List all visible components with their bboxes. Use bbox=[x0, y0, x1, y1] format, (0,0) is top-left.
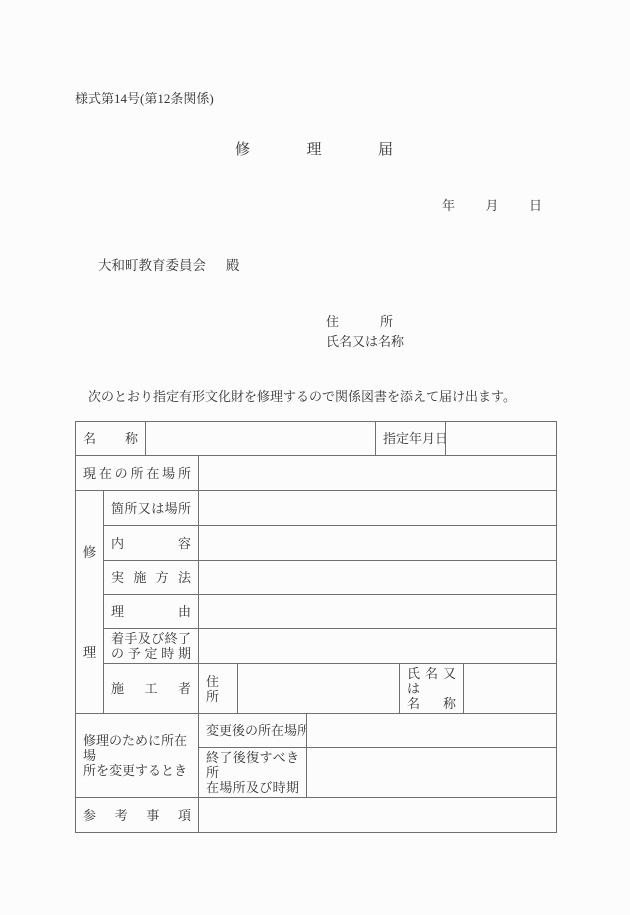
table-row: 修理のために所在場 所を変更するとき 変更後の所在場所 bbox=[76, 714, 557, 748]
designation-date-value-cell bbox=[446, 422, 557, 456]
addressee-honorific: 殿 bbox=[226, 258, 240, 273]
return-location-label: 終了後復すべき所 在場所及び時期 bbox=[199, 748, 307, 798]
table-row: 修 理 箇所又は場所 bbox=[76, 491, 557, 526]
repair-schedule-value-cell bbox=[199, 629, 557, 664]
designation-date-label: 指定年月日 bbox=[376, 422, 446, 456]
contractor-address-value-cell bbox=[238, 664, 400, 714]
repair-content-value-cell bbox=[199, 526, 557, 561]
repair-form-table: 名称 指定年月日 現在の所在場所 修 理 箇所又は場所 内容 実施方法 bbox=[75, 421, 557, 833]
current-location-value-cell bbox=[199, 456, 557, 491]
repair-vertical-char-bottom: 理 bbox=[83, 645, 97, 660]
table-row: 内容 bbox=[76, 526, 557, 561]
contractor-address-label: 住所 bbox=[199, 664, 238, 714]
addressee-name: 大和町教育委員会 bbox=[98, 258, 206, 273]
submitter-name-label: 氏名又は名称 bbox=[326, 331, 404, 350]
repair-reason-label: 理由 bbox=[104, 595, 199, 629]
repair-section-label: 修 理 bbox=[76, 491, 104, 714]
repair-spot-label: 箇所又は場所 bbox=[104, 491, 199, 526]
submitter-address-label: 住所 bbox=[326, 311, 393, 330]
contractor-name-value-cell bbox=[464, 664, 557, 714]
form-number: 様式第14号(第12条関係) bbox=[75, 88, 214, 107]
declaration-text: 次のとおり指定有形文化財を修理するので関係図書を添えて届け出ます。 bbox=[88, 386, 516, 405]
name-value-cell bbox=[146, 422, 376, 456]
table-row: 実施方法 bbox=[76, 561, 557, 595]
repair-content-label: 内容 bbox=[104, 526, 199, 561]
name-label: 名称 bbox=[76, 422, 146, 456]
new-location-value-cell bbox=[307, 714, 557, 748]
remarks-label: 参考事項 bbox=[76, 798, 199, 833]
current-location-label: 現在の所在場所 bbox=[76, 456, 199, 491]
date-line: 年月日 bbox=[442, 195, 542, 214]
form-title: 修理届 bbox=[235, 138, 393, 159]
table-row: 理由 bbox=[76, 595, 557, 629]
contractor-name-label: 氏名又は 名称 bbox=[400, 664, 464, 714]
repair-reason-value-cell bbox=[199, 595, 557, 629]
table-row: 施工者 住所 氏名又は 名称 bbox=[76, 664, 557, 714]
repair-vertical-char-top: 修 bbox=[83, 545, 97, 560]
addressee-line: 大和町教育委員会殿 bbox=[98, 254, 240, 274]
return-location-value-cell bbox=[307, 748, 557, 798]
table-row: 参考事項 bbox=[76, 798, 557, 833]
relocation-label: 修理のために所在場 所を変更するとき bbox=[76, 714, 199, 798]
form-page: 様式第14号(第12条関係) 修理届 年月日 大和町教育委員会殿 住所 氏名又は… bbox=[0, 0, 630, 915]
repair-spot-value-cell bbox=[199, 491, 557, 526]
table-row: 着手及び終了 の予定時期 bbox=[76, 629, 557, 664]
table-row: 現在の所在場所 bbox=[76, 456, 557, 491]
repair-method-label: 実施方法 bbox=[104, 561, 199, 595]
repair-schedule-label: 着手及び終了 の予定時期 bbox=[104, 629, 199, 664]
repair-method-value-cell bbox=[199, 561, 557, 595]
new-location-label: 変更後の所在場所 bbox=[199, 714, 307, 748]
table-row: 名称 指定年月日 bbox=[76, 422, 557, 456]
contractor-label: 施工者 bbox=[104, 664, 199, 714]
repair-vertical-label: 修 理 bbox=[83, 502, 96, 702]
remarks-value-cell bbox=[199, 798, 557, 833]
